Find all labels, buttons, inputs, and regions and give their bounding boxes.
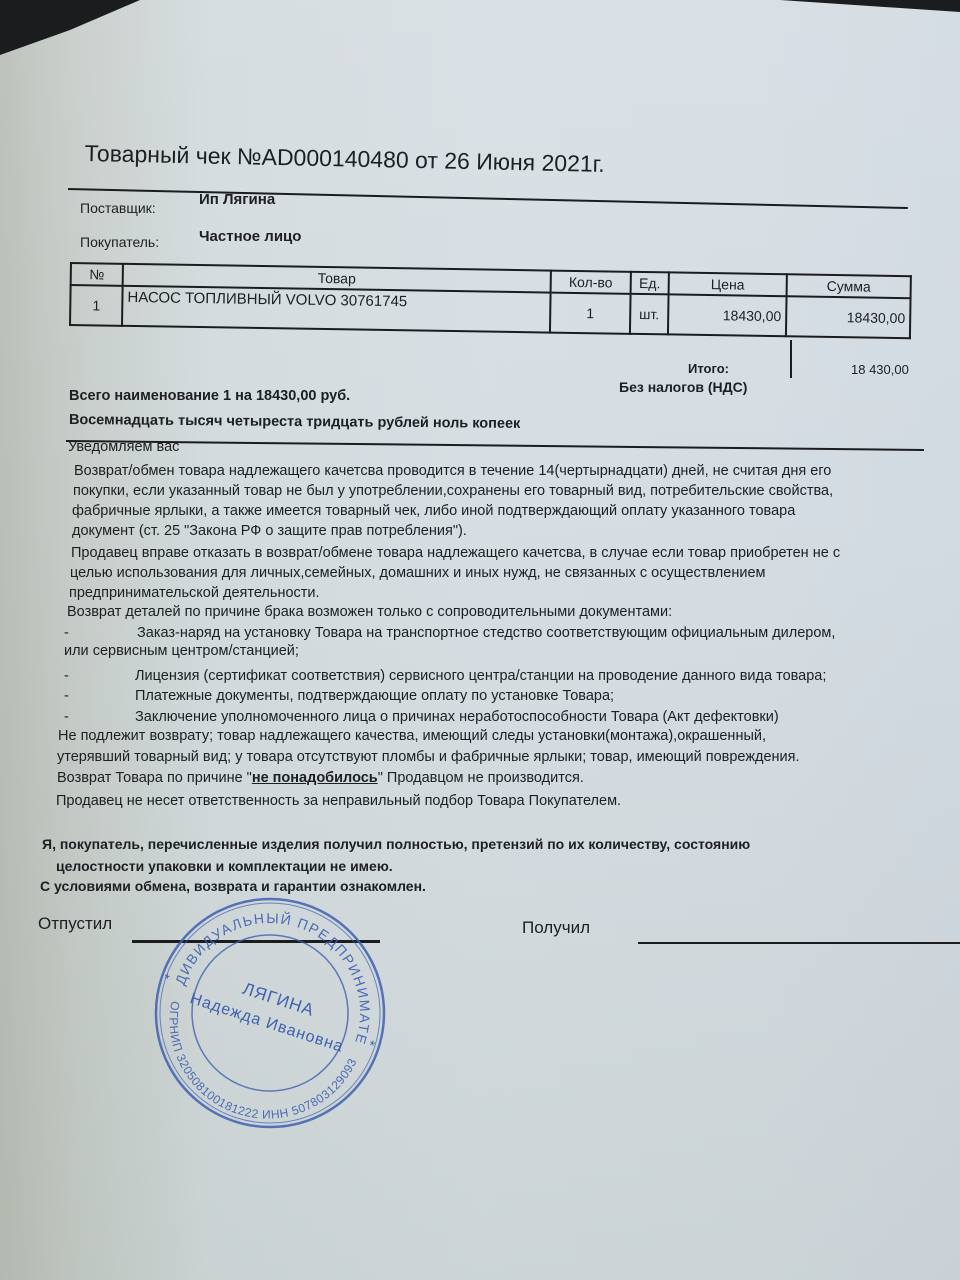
no-need-emphasis: не понадобилось <box>252 770 378 786</box>
released-label: Отпустил <box>38 914 112 934</box>
notice-last-line: Продавец не несет ответственность за неп… <box>56 792 621 811</box>
received-signature-line[interactable] <box>638 942 960 944</box>
notice-line-7: предпринимательской деятельности. <box>69 584 320 603</box>
ack-line-1: Я, покупатель, перечисленные изделия пол… <box>42 836 750 852</box>
tax-note: Без налогов (НДС) <box>619 379 747 395</box>
notice-line-6: целью использования для личных,семейных,… <box>70 564 765 583</box>
bullet-4: Заключение уполномоченного лица о причин… <box>135 708 779 727</box>
header-unit: Ед. <box>631 272 669 295</box>
notice-line-2: покупки, если указанный товар не был у у… <box>73 482 833 501</box>
supplier-label: Поставщик: <box>80 200 156 216</box>
buyer-label: Покупатель: <box>80 234 159 250</box>
not-returnable-line-2: утерявший товарный вид; у товара отсутст… <box>57 748 800 767</box>
items-table: № Товар Кол-во Ед. Цена Сумма 1 НАСОС ТО… <box>69 262 912 339</box>
bullet-marker-4: - <box>64 708 69 727</box>
received-label: Получил <box>522 918 590 938</box>
notice-line-4: документ (ст. 25 "Закона РФ о защите пра… <box>72 522 467 541</box>
notice-line-1: Возврат/обмен товара надлежащего качетсв… <box>74 462 831 481</box>
row-sum: 18430,00 <box>786 296 911 338</box>
total-divider <box>790 340 792 378</box>
header-no: № <box>71 263 123 286</box>
row-unit: шт. <box>630 294 669 335</box>
supplier-value: Ип Лягина <box>199 191 275 208</box>
bullet-marker-1: - <box>64 624 69 643</box>
row-price: 18430,00 <box>668 294 787 336</box>
total-value: 18 430,00 <box>851 362 909 377</box>
header-price: Цена <box>669 272 787 296</box>
no-need-prefix: Возврат Товара по причине " <box>57 770 252 786</box>
bullet-2: Лицензия (сертификат соответствия) серви… <box>135 667 826 686</box>
notice-heading: Уведомляем вас <box>68 438 179 457</box>
bullet-marker-3: - <box>64 687 69 706</box>
total-label: Итого: <box>688 361 729 376</box>
bullet-1: Заказ-наряд на установку Товара на транс… <box>137 624 835 643</box>
bullet-marker-2: - <box>64 667 69 686</box>
no-need-suffix: " Продавцом не производится. <box>378 770 584 786</box>
notice-line-3: фабричные ярлыки, а также имеется товарн… <box>72 502 795 521</box>
row-no: 1 <box>70 285 123 326</box>
notice-line-5: Продавец вправе отказать в возврат/обмен… <box>71 544 840 563</box>
not-returnable-line-1: Не подлежит возврату; товар надлежащего … <box>58 727 766 746</box>
row-item: НАСОС ТОПЛИВНЫЙ VOLVO 30761745 <box>122 286 551 333</box>
header-sum: Сумма <box>787 274 911 298</box>
buyer-value: Частное лицо <box>199 228 301 245</box>
row-qty: 1 <box>550 293 631 334</box>
bullet-3: Платежные документы, подтверждающие опла… <box>135 687 614 706</box>
header-qty: Кол-во <box>551 271 631 294</box>
notice-line-8: Возврат деталей по причине брака возможе… <box>67 603 672 622</box>
no-need-line: Возврат Товара по причине "не понадобило… <box>57 769 584 788</box>
bullet-1-continuation: или сервисным центром/станцией; <box>64 642 299 661</box>
summary-count: Всего наименование 1 на 18430,00 руб. <box>69 388 350 404</box>
